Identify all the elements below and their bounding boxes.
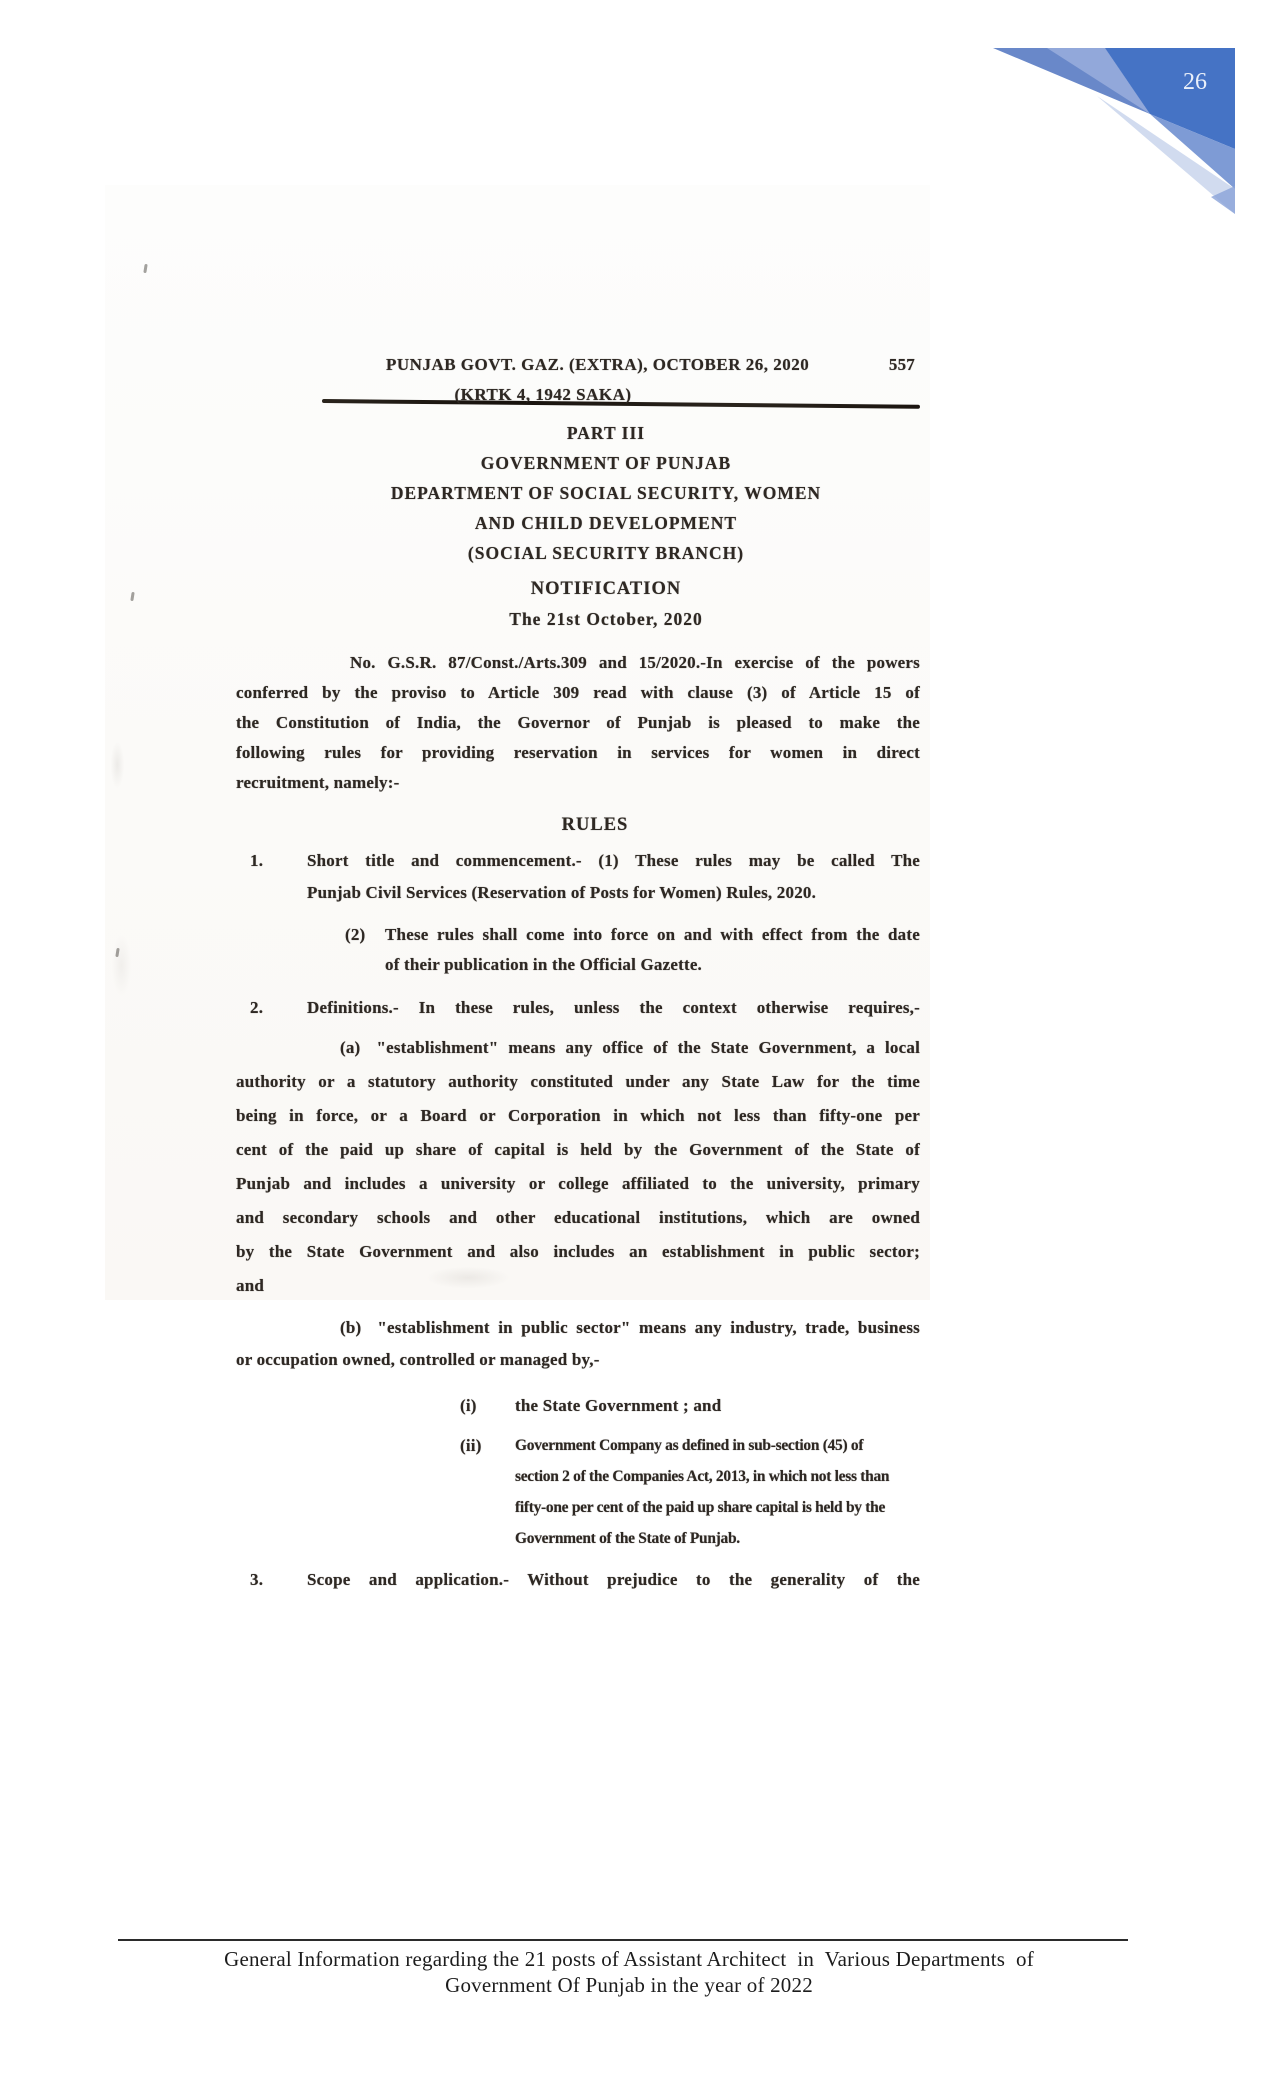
list-marker: 1.: [250, 845, 263, 877]
clause-a: (a)"establishment" means any office of t…: [236, 1031, 920, 1303]
doc-line: or occupation owned, controlled or manag…: [236, 1344, 920, 1376]
rule-3: 3. Scope and application.- Without preju…: [236, 1565, 920, 1595]
doc-line: and secondary schools and other educatio…: [236, 1201, 920, 1235]
doc-line: by the State Government and also include…: [236, 1235, 920, 1269]
rule-text: In these rules, unless the context other…: [399, 998, 920, 1017]
doc-line: recruitment, namely:-: [236, 768, 920, 798]
notification-heading: NOTIFICATION: [236, 574, 920, 604]
doc-line: and: [236, 1269, 920, 1303]
list-marker: (2): [345, 920, 365, 950]
rule-title: Scope and application.-: [307, 1570, 509, 1589]
rule-1: 1. Short title and commencement.- (1) Th…: [236, 845, 920, 909]
doc-line: Definitions.- In these rules, unless the…: [307, 993, 920, 1023]
clause-b-item-ii: (ii) Government Company as defined in su…: [236, 1430, 920, 1554]
doc-line: fifty-one per cent of the paid up share …: [515, 1492, 920, 1523]
preamble-paragraph: No. G.S.R. 87/Const./Arts.309 and 15/202…: [236, 648, 920, 798]
list-marker: 3.: [250, 1565, 263, 1595]
org-line: DEPARTMENT OF SOCIAL SECURITY, WOMEN: [236, 478, 920, 508]
corner-decoration: 26: [990, 46, 1238, 216]
doc-line: Government of the State of Punjab.: [515, 1523, 920, 1554]
footer-line: Government Of Punjab in the year of 2022: [104, 1972, 1154, 1998]
clause-text: "establishment" means any office of the …: [376, 1038, 920, 1057]
footer-line: General Information regarding the 21 pos…: [104, 1946, 1154, 1972]
doc-line: of their publication in the Official Gaz…: [385, 950, 920, 980]
clause-text: "establishment in public sector" means a…: [377, 1318, 920, 1337]
list-marker: (i): [460, 1391, 477, 1421]
rule-text: Without prejudice to the generality of t…: [509, 1570, 920, 1589]
notification-date: The 21st October, 2020: [236, 604, 920, 634]
footer-rule: [118, 1939, 1128, 1941]
rules-heading: RULES: [236, 810, 920, 840]
page-number: 26: [1183, 69, 1207, 95]
org-line: GOVERNMENT OF PUNJAB: [236, 448, 920, 478]
gazette-page-ref: 557: [889, 350, 915, 380]
doc-line: Scope and application.- Without prejudic…: [307, 1565, 920, 1595]
doc-line: Government Company as defined in sub-sec…: [515, 1430, 920, 1461]
doc-line: Punjab Civil Services (Reservation of Po…: [307, 877, 920, 909]
rule-1-sub-2: (2) These rules shall come into force on…: [236, 920, 920, 980]
doc-line: being in force, or a Board or Corporatio…: [236, 1099, 920, 1133]
doc-line: These rules shall come into force on and…: [385, 920, 920, 950]
rule-title: Definitions.-: [307, 998, 399, 1017]
doc-line: No. G.S.R. 87/Const./Arts.309 and 15/202…: [236, 648, 920, 678]
list-marker: (b): [340, 1318, 361, 1337]
list-marker: (ii): [460, 1430, 482, 1461]
doc-line: Punjab and includes a university or coll…: [236, 1167, 920, 1201]
gazette-page: 26 PUNJAB GOVT. GAZ. (EXTRA), OCTOBER 26…: [0, 0, 1275, 2100]
part-heading: PART III: [236, 418, 920, 448]
gazette-document: PUNJAB GOVT. GAZ. (EXTRA), OCTOBER 26, 2…: [236, 350, 920, 1595]
footer-note: General Information regarding the 21 pos…: [104, 1946, 1154, 1998]
doc-line: (a)"establishment" means any office of t…: [236, 1031, 920, 1065]
doc-line: (b)"establishment in public sector" mean…: [236, 1312, 920, 1344]
rule-title: Short title and commencement.-: [307, 851, 582, 870]
org-line: AND CHILD DEVELOPMENT: [236, 508, 920, 538]
clause-b-item-i: (i) the State Government ; and: [236, 1391, 920, 1421]
masthead: PUNJAB GOVT. GAZ. (EXTRA), OCTOBER 26, 2…: [236, 350, 920, 380]
doc-line: conferred by the proviso to Article 309 …: [236, 678, 920, 708]
doc-line: the State Government ; and: [515, 1391, 920, 1421]
doc-line: the Constitution of India, the Governor …: [236, 708, 920, 738]
doc-line: authority or a statutory authority const…: [236, 1065, 920, 1099]
masthead-text: PUNJAB GOVT. GAZ. (EXTRA), OCTOBER 26, 2…: [386, 355, 809, 374]
list-marker: 2.: [250, 993, 263, 1023]
org-line: (SOCIAL SECURITY BRANCH): [236, 538, 920, 568]
list-marker: (a): [340, 1038, 360, 1057]
doc-line: Short title and commencement.- (1) These…: [307, 845, 920, 877]
saka-date-line: (KRTK 4, 1942 SAKA): [236, 380, 920, 410]
rule-text: (1) These rules may be called The: [582, 851, 920, 870]
clause-b: (b)"establishment in public sector" mean…: [236, 1312, 920, 1376]
doc-line: following rules for providing reservatio…: [236, 738, 920, 768]
doc-line: cent of the paid up share of capital is …: [236, 1133, 920, 1167]
rule-2: 2. Definitions.- In these rules, unless …: [236, 993, 920, 1023]
doc-line: section 2 of the Companies Act, 2013, in…: [515, 1461, 920, 1492]
